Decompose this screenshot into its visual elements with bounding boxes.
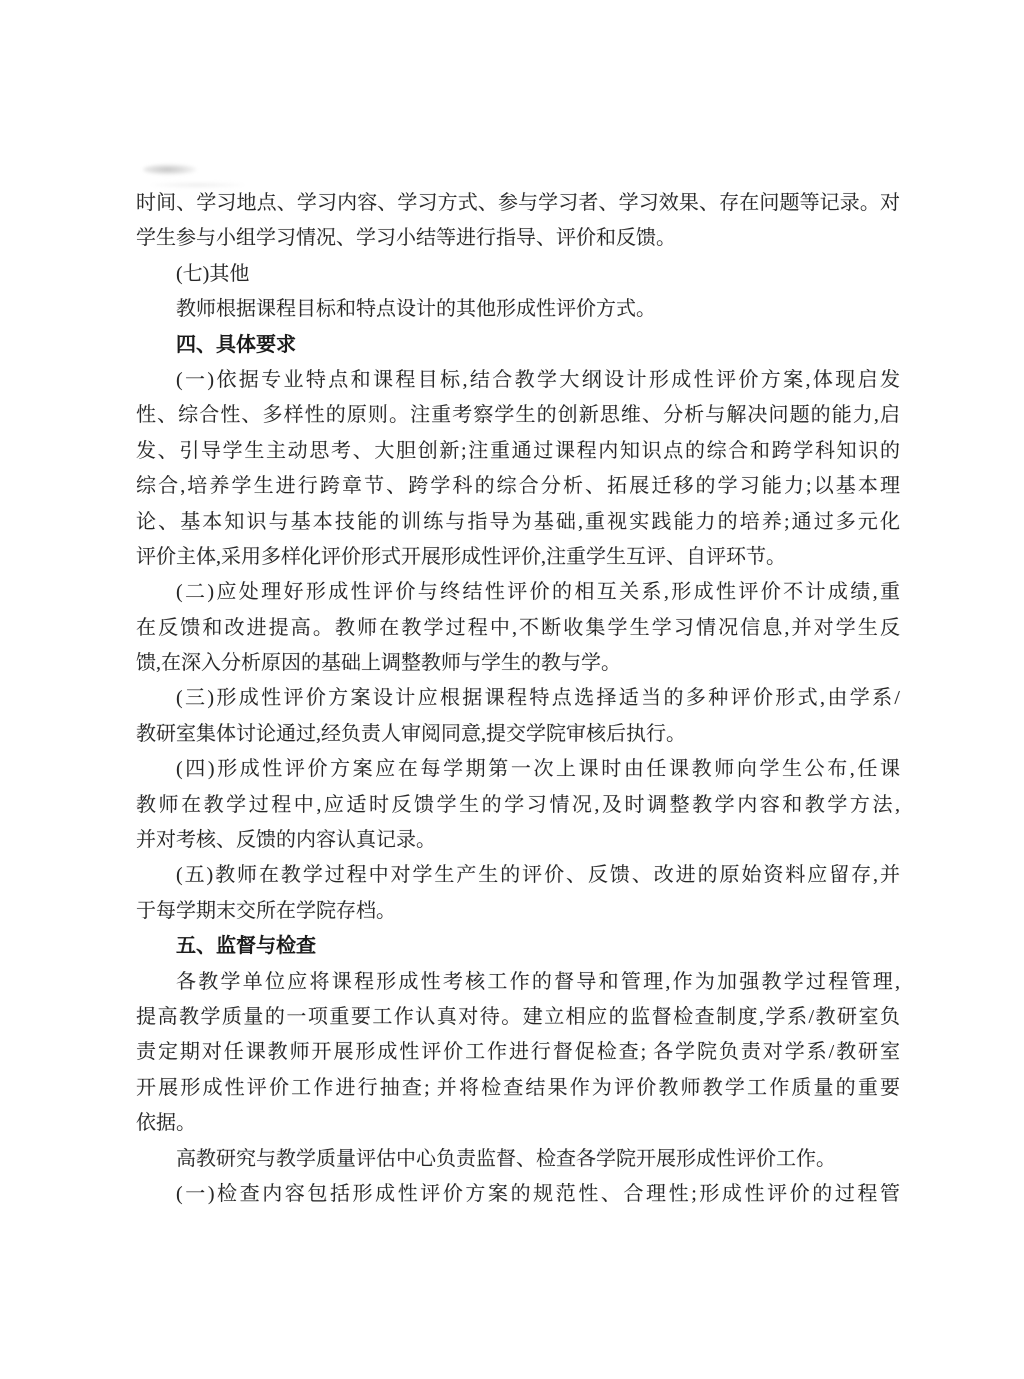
text-line: 教研室集体讨论通过,经负责人审阅同意,提交学院审核后执行。	[136, 717, 900, 752]
document-page: 时间、学习地点、学习内容、学习方式、参与学习者、学习效果、存在问题等记录。对学生…	[0, 0, 1024, 1379]
text-line: 性、综合性、多样性的原则。注重考察学生的创新思维、分析与解决问题的能力,启	[136, 398, 900, 433]
text-line: 教师根据课程目标和特点设计的其他形成性评价方式。	[136, 292, 900, 327]
text-line: (四)形成性评价方案应在每学期第一次上课时由任课教师向学生公布,任课	[136, 752, 900, 787]
text-line: 于每学期末交所在学院存档。	[136, 894, 900, 929]
scan-smudge-artifact	[143, 164, 197, 175]
text-line: (一)依据专业特点和课程目标,结合教学大纲设计形成性评价方案,体现启发	[136, 363, 900, 398]
text-line: (二)应处理好形成性评价与终结性评价的相互关系,形成性评价不计成绩,重	[136, 575, 900, 610]
text-line: (三)形成性评价方案设计应根据课程特点选择适当的多种评价形式,由学系/	[136, 681, 900, 716]
text-line: (一)检查内容包括形成性评价方案的规范性、合理性;形成性评价的过程管	[136, 1177, 900, 1212]
text-line: 并对考核、反馈的内容认真记录。	[136, 823, 900, 858]
text-line: 馈,在深入分析原因的基础上调整教师与学生的教与学。	[136, 646, 900, 681]
text-line: (五)教师在教学过程中对学生产生的评价、反馈、改进的原始资料应留存,并	[136, 858, 900, 893]
text-line: 各教学单位应将课程形成性考核工作的督导和管理,作为加强教学过程管理,	[136, 965, 900, 1000]
text-line: 教师在教学过程中,应适时反馈学生的学习情况,及时调整教学内容和教学方法,	[136, 788, 900, 823]
text-line: (七)其他	[136, 257, 900, 292]
section-heading: 四、具体要求	[136, 328, 900, 363]
text-line: 提高教学质量的一项重要工作认真对待。建立相应的监督检查制度,学系/教研室负	[136, 1000, 900, 1035]
text-line: 综合,培养学生进行跨章节、跨学科的综合分析、拓展迁移的学习能力;以基本理	[136, 469, 900, 504]
text-line: 时间、学习地点、学习内容、学习方式、参与学习者、学习效果、存在问题等记录。对	[136, 186, 900, 221]
text-line: 评价主体,采用多样化评价形式开展形成性评价,注重学生互评、自评环节。	[136, 540, 900, 575]
text-line: 开展形成性评价工作进行抽查; 并将检查结果作为评价教师教学工作质量的重要	[136, 1071, 900, 1106]
section-heading: 五、监督与检查	[136, 929, 900, 964]
text-line: 高教研究与教学质量评估中心负责监督、检查各学院开展形成性评价工作。	[136, 1142, 900, 1177]
text-line: 在反馈和改进提高。教师在教学过程中,不断收集学生学习情况信息,并对学生反	[136, 611, 900, 646]
text-line: 学生参与小组学习情况、学习小结等进行指导、评价和反馈。	[136, 221, 900, 256]
text-line: 依据。	[136, 1106, 900, 1141]
document-text-block: 时间、学习地点、学习内容、学习方式、参与学习者、学习效果、存在问题等记录。对学生…	[136, 186, 900, 1212]
text-line: 发、引导学生主动思考、大胆创新;注重通过课程内知识点的综合和跨学科知识的	[136, 434, 900, 469]
text-line: 责定期对任课教师开展形成性评价工作进行督促检查; 各学院负责对学系/教研室	[136, 1035, 900, 1070]
text-line: 论、基本知识与基本技能的训练与指导为基础,重视实践能力的培养;通过多元化	[136, 505, 900, 540]
